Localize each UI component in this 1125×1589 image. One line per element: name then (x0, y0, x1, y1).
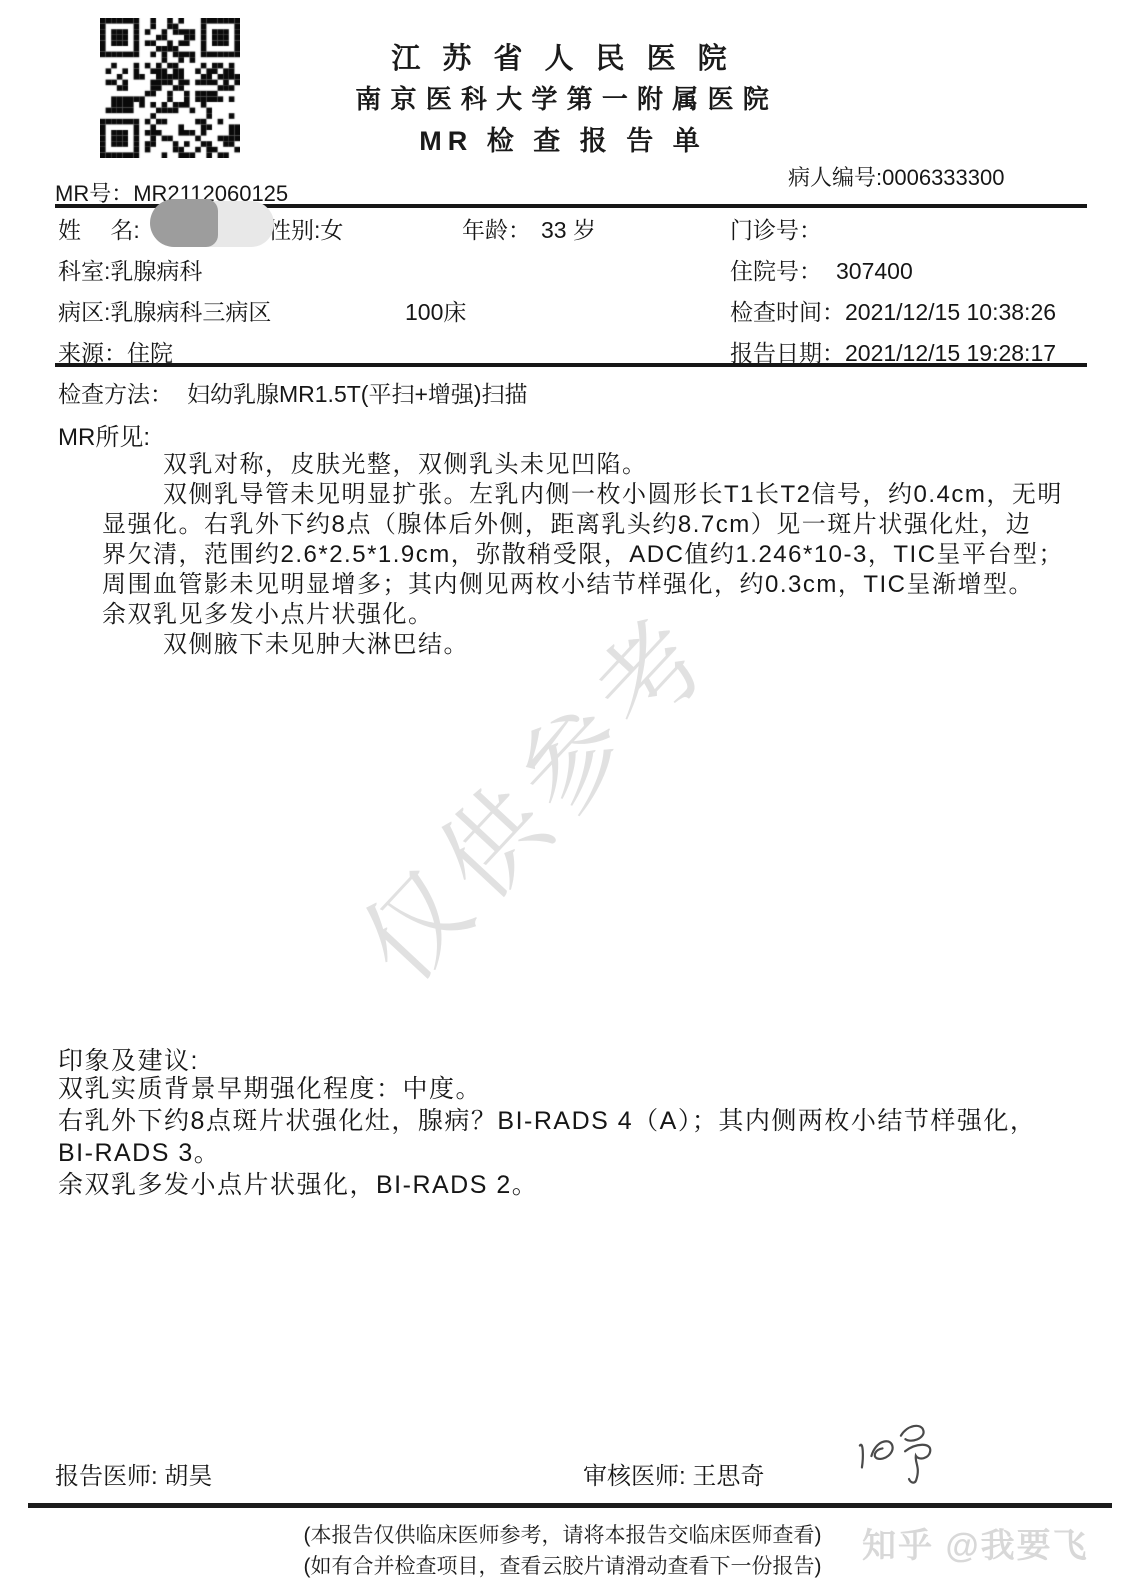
report-doctor: 报告医师: 胡昊 (55, 1456, 212, 1491)
findings-line: 显强化。右乳外下约8点（腺体后外侧，距离乳头约8.7cm）见一斑片状强化灶，边 (0, 510, 1125, 540)
name-redaction (150, 199, 274, 248)
divider-info-bottom (55, 363, 1087, 367)
report-doctor-label: 报告医师: (55, 1463, 158, 1490)
findings-line: 双乳对称，皮肤光整，双侧乳头未见凹陷。 (0, 450, 1125, 480)
bed-value: 100床 (405, 294, 466, 327)
ward-field: 病区:乳腺病科三病区 (58, 294, 271, 327)
patient-row-2: 科室:乳腺病科 住院号：307400 (0, 253, 1125, 283)
findings-line: 双侧乳导管未见明显扩张。左乳内侧一枚小圆形长T1长T2信号，约0.4cm，无明 (0, 480, 1125, 510)
inpatient-label: 住院号： (730, 258, 822, 284)
outpatient-field: 门诊号： (730, 212, 822, 245)
gender-field: 性别:女 (268, 212, 343, 245)
review-doctor: 审核医师: 王思奇 (583, 1456, 764, 1491)
impression-line: BI-RADS 3。 (58, 1137, 1118, 1169)
impression-line: 余双乳多发小点片状强化，BI-RADS 2。 (58, 1169, 1118, 1201)
findings-line: 界欠清，范围约2.6*2.5*1.9cm，弥散稍受限，ADC值约1.246*10… (0, 540, 1125, 570)
zhihu-watermark: 知乎 @我要飞 (862, 1518, 1089, 1567)
impression-line: 右乳外下约8点斑片状强化灶，腺病？BI-RADS 4（A）；其内侧两枚小结节样强… (58, 1105, 1118, 1137)
findings-heading: MR所见: (58, 417, 150, 452)
patient-number-value: 0006333300 (882, 165, 1004, 190)
gender-value: 女 (320, 217, 343, 243)
report-doctor-name: 胡昊 (164, 1463, 212, 1490)
impression-heading: 印象及建议: (58, 1041, 199, 1077)
findings-body: 双乳对称，皮肤光整，双侧乳头未见凹陷。 双侧乳导管未见明显扩张。左乳内侧一枚小圆… (0, 450, 1125, 660)
exam-time-value: 2021/12/15 10:38:26 (845, 299, 1056, 325)
review-doctor-name: 王思奇 (692, 1463, 764, 1490)
inpatient-field: 住院号：307400 (730, 253, 913, 286)
handwritten-signature (845, 1412, 955, 1490)
impression-line: 双乳实质背景早期强化程度：中度。 (58, 1073, 1118, 1105)
report-title: MR 检 查 报 告 单 (0, 119, 1125, 158)
patient-row-4: 来源：住院 报告日期：2021/12/15 19:28:17 (0, 335, 1125, 365)
gender-label: 性别: (268, 217, 320, 243)
name-label: 姓 名: (58, 212, 140, 245)
exam-method-value: 妇幼乳腺MR1.5T(平扫+增强)扫描 (187, 381, 528, 407)
findings-line: 周围血管影未见明显增多；其内侧见两枚小结节样强化，约0.3cm，TIC呈渐增型。 (0, 570, 1125, 600)
divider-footer (28, 1503, 1112, 1508)
mr-number-label: MR号： (55, 181, 133, 206)
patient-number: 病人编号:0006333300 (788, 161, 1004, 192)
hospital-name-secondary: 南 京 医 科 大 学 第 一 附 属 医 院 (0, 79, 1125, 116)
age-label: 年龄： (462, 217, 531, 243)
department-value: 乳腺病科 (110, 258, 202, 284)
department-field: 科室:乳腺病科 (58, 253, 202, 286)
exam-method-label: 检查方法： (58, 381, 173, 407)
age-field: 年龄：33 岁 (462, 212, 596, 245)
outpatient-label: 门诊号： (730, 217, 822, 243)
exam-time-label: 检查时间： (730, 299, 845, 325)
hospital-name-primary: 江 苏 省 人 民 医 院 (0, 36, 1125, 77)
findings-line: 余双乳见多发小点片状强化。 (0, 600, 1125, 630)
patient-number-label: 病人编号: (788, 165, 882, 190)
review-doctor-label: 审核医师: (583, 1463, 686, 1490)
impression-body: 双乳实质背景早期强化程度：中度。 右乳外下约8点斑片状强化灶，腺病？BI-RAD… (58, 1073, 1118, 1201)
ward-value: 乳腺病科三病区 (110, 299, 271, 325)
mr-report-page: 江 苏 省 人 民 医 院 南 京 医 科 大 学 第 一 附 属 医 院 MR… (0, 0, 1125, 1589)
patient-row-3: 病区:乳腺病科三病区 100床 检查时间：2021/12/15 10:38:26 (0, 294, 1125, 324)
exam-time-field: 检查时间：2021/12/15 10:38:26 (730, 294, 1056, 327)
age-value: 33 岁 (541, 217, 596, 243)
name-redaction-dark (150, 199, 218, 247)
department-label: 科室: (58, 258, 110, 284)
exam-method: 检查方法：妇幼乳腺MR1.5T(平扫+增强)扫描 (58, 376, 528, 409)
ward-label: 病区: (58, 299, 110, 325)
inpatient-value: 307400 (836, 258, 913, 284)
